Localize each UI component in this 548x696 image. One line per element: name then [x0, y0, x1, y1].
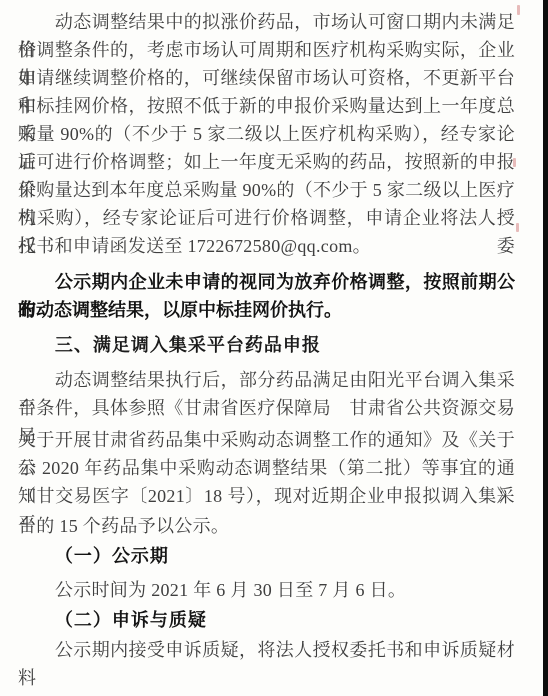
paragraph-line: 动态调整结果中的拟涨价药品，市场认可窗口期内未满足价 [18, 8, 515, 36]
bold-notice-line: 的动态调整结果，以原中标挂网价执行。 [18, 296, 515, 324]
paragraph-line: 后可进行价格调整；如上一年度无采购的药品，按照新的申报价 [18, 148, 515, 176]
red-scan-artifact [517, 5, 520, 15]
publicity-period-line: 公示时间为 2021 年 6 月 30 日至 7 月 6 日。 [18, 576, 515, 604]
section-heading-3: 三、满足调入集采平台药品申报 [18, 331, 515, 359]
bold-notice-line: 公示期内企业未申请的视同为放弃价格调整，按照前期公布 [18, 268, 515, 296]
paragraph-line: 购量 90%的（不少于 5 家二级以上医疗机构采购），经专家论证 [18, 120, 515, 148]
paragraph-line: 格调整条件的，考虑市场认可周期和医疗机构采购实际，企业如 [18, 36, 515, 64]
document-page: 动态调整结果中的拟涨价药品，市场认可窗口期内未满足价 格调整条件的，考虑市场认可… [0, 0, 548, 696]
red-scan-artifact [513, 158, 516, 167]
paragraph-line: 申请继续调整价格的，可继续保留市场认可资格，不更新平台和 [18, 64, 515, 92]
paragraph-line: 动态调整结果执行后，部分药品满足由阳光平台调入集采平 [18, 366, 515, 394]
red-scan-artifact [516, 223, 519, 232]
page-right-edge-bar [543, 0, 548, 696]
paragraph-line: 示 2020 年药品集中采购动态调整结果（第二批）等事宜的通知》 [18, 454, 515, 482]
paragraph-line: 台条件，具体参照《甘肃省医疗保障局 甘肃省公共资源交易局 [18, 394, 515, 422]
paragraph-line: 构采购），经专家论证后可进行价格调整，申请企业将法人授权委 [18, 204, 515, 232]
paragraph-line: 台的 15 个药品予以公示。 [18, 512, 515, 540]
paragraph-line: 中标挂网价格，按照不低于新的申报价采购量达到上一年度总采 [18, 92, 515, 120]
paragraph-line: 关于开展甘肃省药品集中采购动态调整工作的通知》及《关于公 [18, 426, 515, 454]
document-body: 动态调整结果中的拟涨价药品，市场认可窗口期内未满足价 格调整条件的，考虑市场认可… [18, 8, 515, 664]
paragraph-line: （甘交易医字〔2021〕18 号），现对近期企业申报拟调入集采平 [18, 482, 515, 510]
paragraph-line: 采购量达到本年度总采购量 90%的（不少于 5 家二级以上医疗机 [18, 176, 515, 204]
subsection-heading-1: （一）公示期 [18, 542, 515, 570]
subsection-heading-2: （二）申诉与质疑 [18, 606, 515, 634]
paragraph-line: 公示期内接受申诉质疑，将法人授权委托书和申诉质疑材料 [18, 636, 515, 664]
